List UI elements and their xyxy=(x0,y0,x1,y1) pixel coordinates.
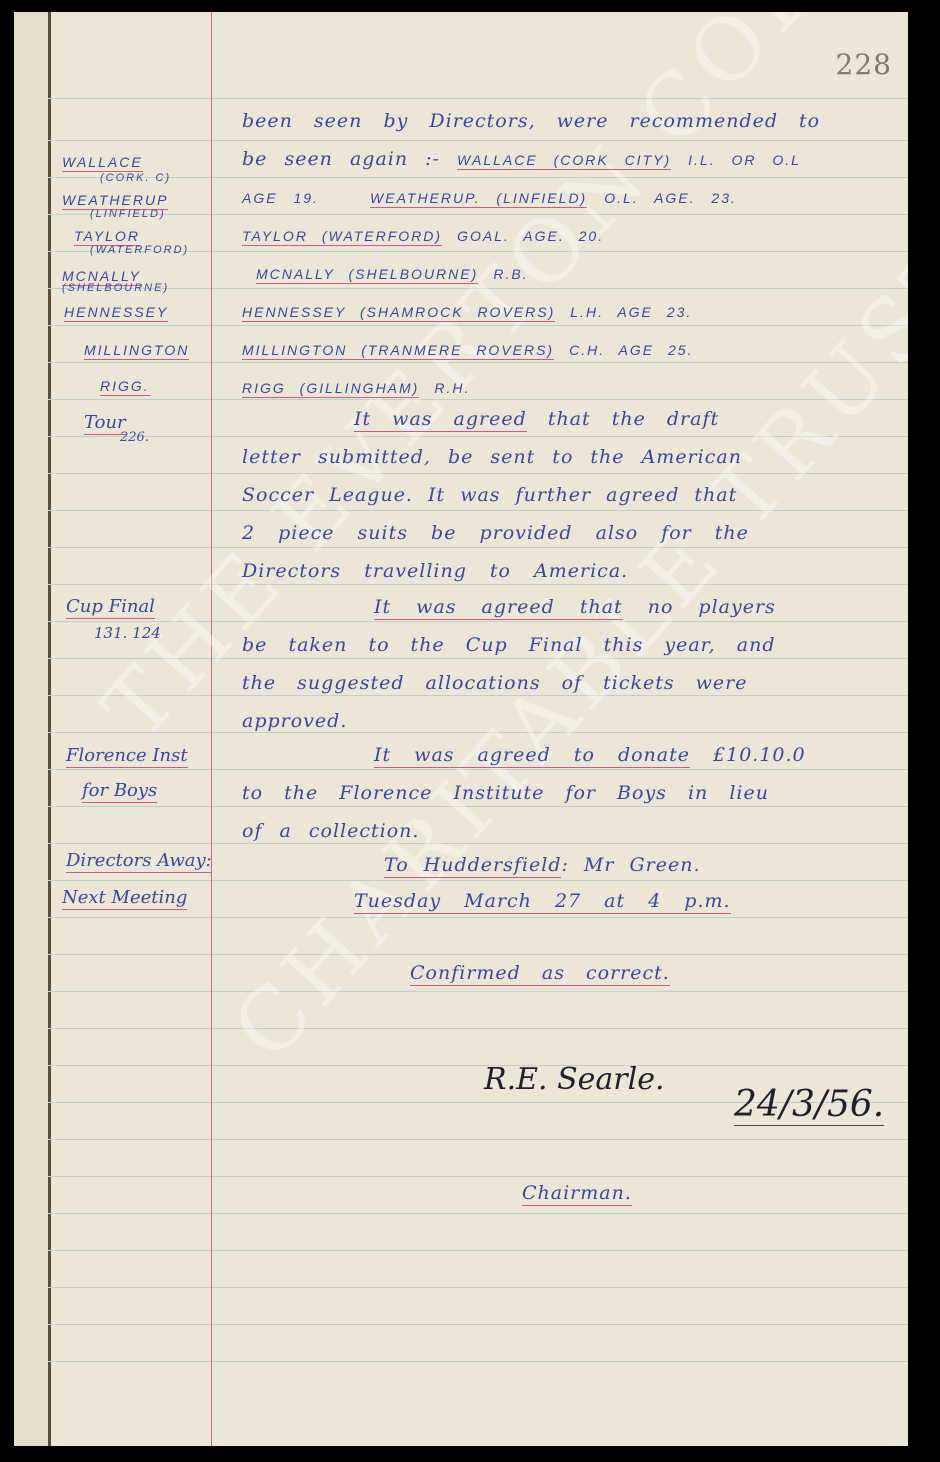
body-line: 2 piece suits be provided also for the xyxy=(242,522,749,544)
page-binding-fold xyxy=(14,12,51,1446)
body-line: It was agreed to donate £10.10.0 xyxy=(374,744,806,766)
body-line: To Huddersfield: Mr Green. xyxy=(384,854,701,876)
ruled-line xyxy=(48,991,908,992)
ruled-line xyxy=(48,288,908,289)
ruled-line xyxy=(48,917,908,918)
red-margin-line xyxy=(211,12,212,1446)
ruled-line xyxy=(48,695,908,696)
page-number: 228 xyxy=(836,48,892,81)
chairman-signature: R.E. Searle. xyxy=(484,1062,665,1097)
ruled-line xyxy=(48,399,908,400)
margin-note-mcnally-club: (SHELBOURNE) xyxy=(62,282,169,294)
body-line: approved. xyxy=(242,710,347,732)
margin-note-weatherup-club: (LINFIELD) xyxy=(90,208,166,220)
ruled-line xyxy=(48,362,908,363)
margin-note-rigg: RIGG. xyxy=(100,378,150,394)
confirmed-line: Confirmed as correct. xyxy=(410,962,670,984)
margin-note-cup-final-ref: 131. 124 xyxy=(94,624,161,642)
ruled-line xyxy=(48,98,908,99)
margin-note-taylor: TAYLOR xyxy=(74,228,140,244)
body-line: HENNESSEY (SHAMROCK ROVERS) L.H. AGE 23. xyxy=(242,300,692,322)
ruled-line xyxy=(48,1361,908,1362)
body-line: been seen by Directors, were recommended… xyxy=(242,110,820,132)
body-line: AGE 19. WEATHERUP. (LINFIELD) O.L. AGE. … xyxy=(242,186,737,208)
body-line: be taken to the Cup Final this year, and xyxy=(242,634,775,656)
ledger-page: THE EVERTON COLLECTION CHARITABLE TRUST … xyxy=(14,12,908,1446)
ruled-line xyxy=(48,547,908,548)
margin-note-weatherup: WEATHERUP xyxy=(62,192,168,208)
ruled-line xyxy=(48,1065,908,1066)
margin-note-wallace: WALLACE xyxy=(62,154,143,170)
margin-note-directors-away: Directors Away: xyxy=(66,850,212,871)
ruled-line xyxy=(48,954,908,955)
body-line: of a collection. xyxy=(242,820,419,842)
body-line: Directors travelling to America. xyxy=(242,560,628,582)
body-line: McNALLY (SHELBOURNE) R.B. xyxy=(256,262,529,284)
margin-note-florence: Florence Inst xyxy=(66,745,188,766)
body-line: to the Florence Institute for Boys in li… xyxy=(242,782,769,804)
ruled-line xyxy=(48,1176,908,1177)
margin-note-tour-ref: 226. xyxy=(120,430,149,445)
body-line: letter submitted, be sent to the America… xyxy=(242,446,742,468)
margin-note-for-boys: for Boys xyxy=(82,780,157,801)
ruled-line xyxy=(48,1213,908,1214)
body-line: TAYLOR (WATERFORD) GOAL. AGE. 20. xyxy=(242,224,604,246)
ruled-line xyxy=(48,584,908,585)
ruled-line xyxy=(48,1324,908,1325)
ruled-line xyxy=(48,436,908,437)
ruled-line xyxy=(48,806,908,807)
body-line: MILLINGTON (TRANMERE ROVERS) C.H. AGE 25… xyxy=(242,338,693,360)
ruled-line xyxy=(48,140,908,141)
ruled-line xyxy=(48,325,908,326)
ruled-line xyxy=(48,843,908,844)
body-line: RIGG (GILLINGHAM) R.H. xyxy=(242,376,470,398)
ruled-line xyxy=(48,473,908,474)
ruled-line xyxy=(48,1139,908,1140)
ruled-line xyxy=(48,1028,908,1029)
ruled-line xyxy=(48,1287,908,1288)
body-line: It was agreed that no players xyxy=(374,596,776,618)
margin-note-cup-final: Cup Final xyxy=(66,596,155,617)
ruled-line xyxy=(48,1250,908,1251)
body-line: Tuesday March 27 at 4 p.m. xyxy=(354,890,731,912)
body-line: Soccer League. It was further agreed tha… xyxy=(242,484,737,506)
ruled-line xyxy=(48,621,908,622)
ruled-line xyxy=(48,658,908,659)
ruled-line xyxy=(48,214,908,215)
ruled-line xyxy=(48,510,908,511)
margin-note-next-meeting: Next Meeting xyxy=(62,887,187,908)
body-line: the suggested allocations of tickets wer… xyxy=(242,672,748,694)
margin-note-taylor-club: (WATERFORD) xyxy=(90,244,189,256)
ruled-line xyxy=(48,880,908,881)
margin-note-hennessey: HENNESSEY xyxy=(64,304,168,320)
signature-date: 24/3/56. xyxy=(734,1084,884,1126)
margin-note-millington: MILLINGTON xyxy=(84,342,189,358)
ruled-line xyxy=(48,177,908,178)
margin-note-wallace-club: (CORK. C) xyxy=(100,172,171,184)
body-line: It was agreed that the draft xyxy=(354,408,719,430)
chairman-label: Chairman. xyxy=(522,1182,632,1204)
body-line: be seen again :- WALLACE (CORK CITY) I.L… xyxy=(242,148,801,170)
ruled-line xyxy=(48,732,908,733)
ruled-line xyxy=(48,769,908,770)
